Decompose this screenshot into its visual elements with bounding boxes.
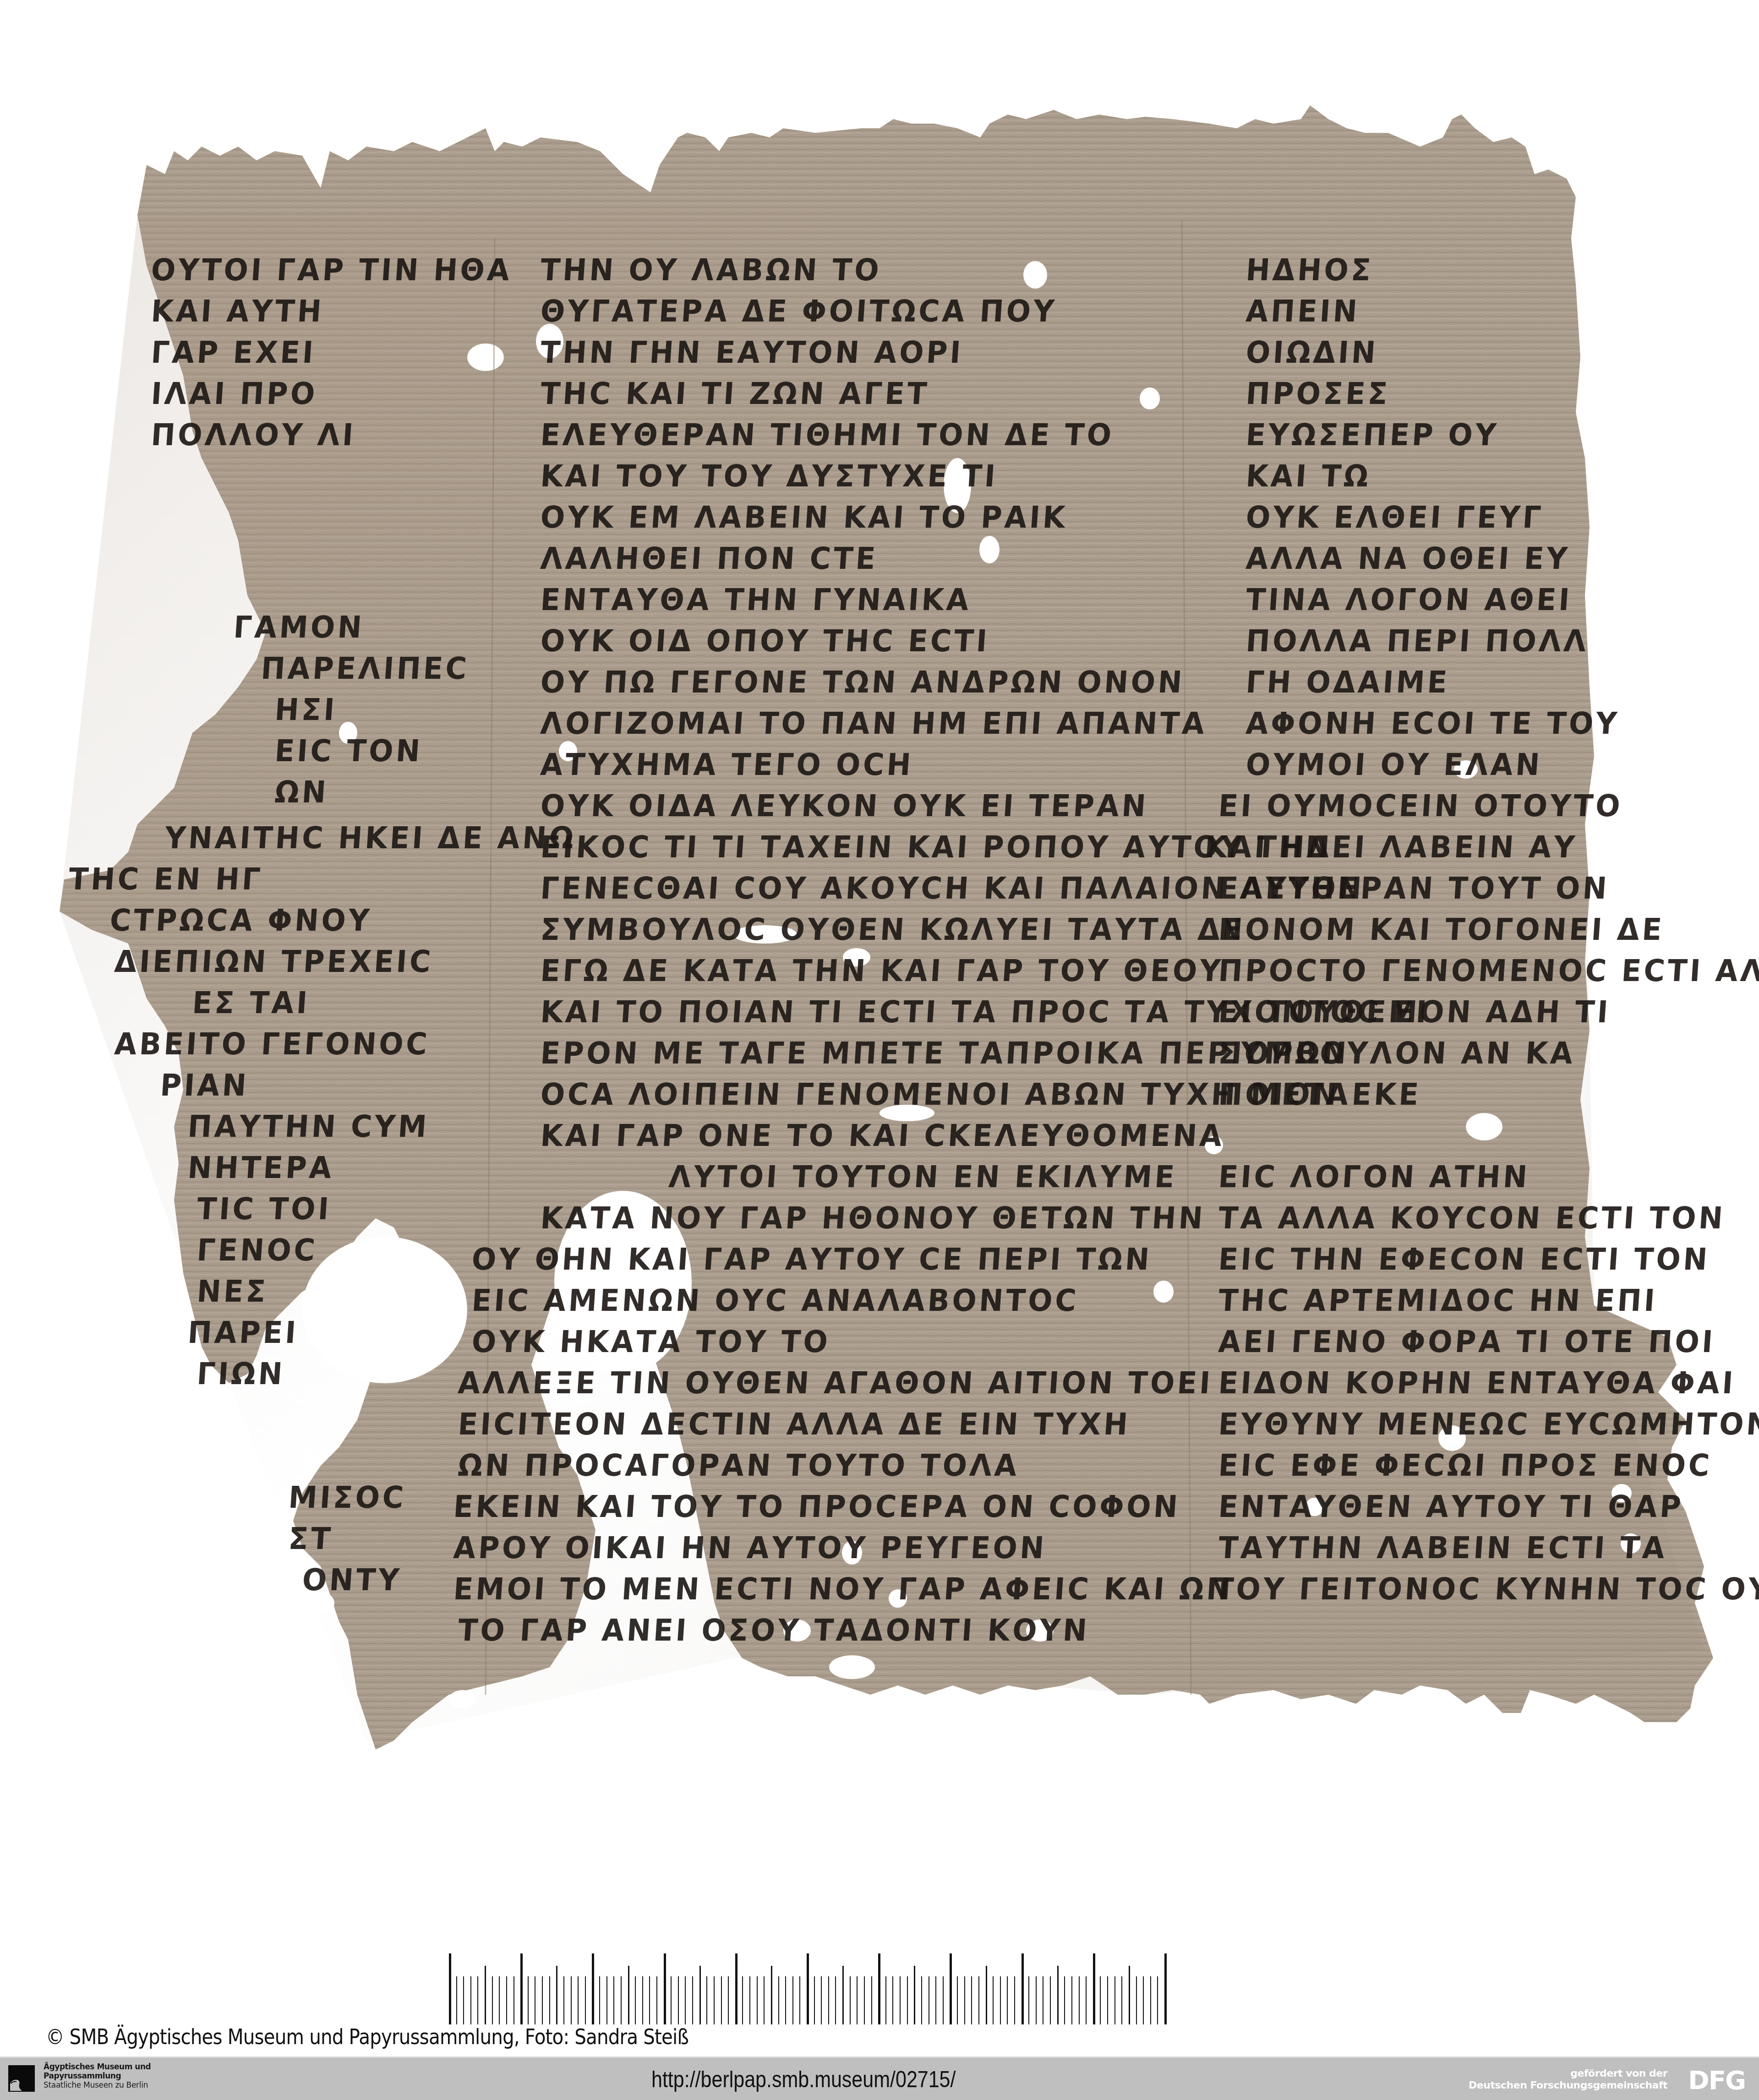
ruler-tick <box>463 1976 464 2024</box>
ruler-tick <box>1136 1976 1137 2024</box>
ruler-tick <box>857 1976 858 2024</box>
ruler-tick <box>1121 1976 1122 2024</box>
ruler-tick <box>1000 1976 1001 2024</box>
ruler-tick <box>1150 1976 1151 2024</box>
ruler-tick <box>971 1976 972 2024</box>
ruler-tick <box>699 1966 701 2024</box>
ruler-tick <box>1036 1976 1037 2024</box>
ruler-tick <box>828 1976 829 2024</box>
text-line: ΛΥΤΟΙ ΤΟΥΤΟΝ ΕΝ ΕΚΙΛΥΜΕ <box>667 1156 1178 1198</box>
text-line: ΩΝ <box>273 772 330 813</box>
text-line: ΠΟΛΛΟΥ ΛΙ <box>150 415 357 456</box>
ruler-tick <box>907 1976 908 2024</box>
ruler-tick <box>499 1976 500 2024</box>
funding-line2: Deutschen Forschungsgemeinschaft <box>1469 2080 1667 2092</box>
text-line: ΣΥΜΒΟΥΛΟΝ ΑΝ ΚΑ <box>1217 1033 1577 1074</box>
text-line: ΝΟΝΟΜ ΚΑΙ ΤΟΓΟΝΕΙ ΔΕ <box>1217 909 1666 950</box>
ruler-tick <box>929 1976 929 2024</box>
ruler-tick <box>664 1953 666 2024</box>
text-line: ΟΥΚ ΕΛΘΕΙ ΓΕΥΓ <box>1245 497 1545 538</box>
ruler-tick <box>735 1953 737 2024</box>
text-line: ΕΝΤΑΥΘΑ ΤΗΝ ΓΥΝΑΙΚΑ <box>539 579 972 621</box>
text-line: ΑΕΙ ΓΕΝΟ ΦΟΡΑ ΤΙ ΟΤΕ ΠΟΙ <box>1217 1321 1716 1363</box>
footer-bar: Ägyptisches Museum und Papyrussammlung S… <box>0 2056 1759 2100</box>
ruler-tick <box>613 1976 614 2024</box>
text-line: ΤΗC ΑΡΤΕΜΙΔΟC ΗΝ ΕΠΙ <box>1217 1280 1659 1321</box>
ruler-tick <box>778 1976 779 2024</box>
text-line: ΤΑ ΑΛΛΑ ΚΟΥCΟΝ ΕCΤΙ ΤΟΝ <box>1217 1198 1726 1239</box>
ruler-tick <box>950 1953 952 2024</box>
ruler-tick <box>477 1976 478 2024</box>
ruler-tick <box>506 1976 507 2024</box>
text-line: ΛΑΛΗΘΕΙ ΠΟΝ CΤΕ <box>539 538 879 579</box>
ruler-tick <box>563 1976 564 2024</box>
text-line: ΠΑΡΕΛΙΠΕC <box>260 648 470 689</box>
ruler-tick <box>513 1976 514 2024</box>
ruler-tick <box>764 1976 765 2024</box>
text-line: ΤΙΝΑ ΛΟΓΟΝ ΑΘΕΙ <box>1245 579 1573 621</box>
text-line: ΝΗΤΕΡΑ <box>186 1147 335 1189</box>
ruler-tick <box>621 1976 622 2024</box>
ruler-tick <box>578 1976 579 2024</box>
ruler-tick <box>649 1976 650 2024</box>
ruler-tick <box>785 1976 786 2024</box>
ruler-tick <box>885 1976 886 2024</box>
ruler-tick <box>792 1976 793 2024</box>
text-line: ΛΟΓΙΖΟΜΑΙ ΤΟ ΠΑΝ ΗΜ ΕΠΙ ΑΠΑΝΤΑ <box>539 703 1208 744</box>
ruler-tick <box>728 1976 729 2024</box>
text-line: ΤΙC ΤΟΙ <box>196 1189 333 1230</box>
ruler-tick <box>1071 1976 1072 2024</box>
ruler-tick <box>492 1976 493 2024</box>
text-line: ΟΥΚ ΕΜ ΛΑΒΕΙΝ ΚΑΙ ΤΟ ΡΑΙΚ <box>539 497 1069 538</box>
ruler-tick <box>1086 1976 1087 2024</box>
ruler-tick <box>714 1976 715 2024</box>
ruler-tick <box>585 1976 586 2024</box>
ruler-tick <box>835 1976 836 2024</box>
ruler-tick <box>549 1976 550 2024</box>
ruler-tick <box>1057 1966 1059 2024</box>
text-line: ΑΛΛΕΞΕ ΤΙΝ ΟΥΘΕΝ ΑΓΑΘΟΝ ΑΙΤΙΟΝ ΤΟΕΙ <box>457 1363 1214 1404</box>
text-line: ΑΦΟΝΗ ΕCΟΙ ΤΕ ΤΟΥ <box>1245 703 1621 744</box>
text-line: ΟΥ ΘΗΝ ΚΑΙ ΓΑΡ ΑΥΤΟΥ CΕ ΠΕΡΙ ΤΩΝ <box>470 1239 1153 1280</box>
text-line: ΤΟΥ ΓΕΙΤΟΝΟC ΚΥΝΗΝ ΤΟC ΟΥ <box>1213 1569 1759 1610</box>
ruler-tick <box>671 1976 672 2024</box>
ruler-tick <box>1107 1976 1108 2024</box>
text-line: ΓΗ ΟΔΑΙΜΕ <box>1245 662 1451 703</box>
text-line: ΣΤ <box>287 1518 334 1560</box>
text-line: ΟΥΜΟΙ ΟΥ ΕΛΑΝ <box>1245 744 1544 785</box>
text-line: ΕΛΕΥΘΕΡΑΝ ΤΟΥΤ ΟΝ <box>1217 868 1611 909</box>
text-line: ΠΟΙΟΝ ΕΚΕ <box>1217 1074 1422 1115</box>
object-url[interactable]: http://berlpap.smb.museum/02715/ <box>651 2066 956 2093</box>
ruler-tick <box>978 1976 979 2024</box>
text-line: ΕΓΩ ΔΕ ΚΑΤΑ ΤΗΝ ΚΑΙ ΓΑΡ ΤΟΥ ΘΕΟΥ <box>539 950 1224 992</box>
text-line: ΕΥΘΥΝΥ ΜΕΝΕΩC ΕΥCΩΜΗΤΟΝ <box>1217 1404 1759 1445</box>
ruler-tick <box>914 1966 915 2024</box>
ruler-tick <box>1129 1966 1130 2024</box>
ruler-tick <box>635 1976 636 2024</box>
ruler-tick <box>993 1976 994 2024</box>
hole-large-left <box>302 1237 467 1383</box>
ruler-tick <box>771 1966 772 2024</box>
text-line: ΡΙΑΝ <box>159 1065 250 1106</box>
ruler-tick <box>528 1976 529 2024</box>
text-line: ΠΡΟΣΕΣ <box>1245 373 1391 415</box>
ruler-tick <box>1100 1976 1101 2024</box>
text-line: ΑΤΥΧΗΜΑ ΤΕΓΟ ΟCΗ <box>539 744 915 785</box>
dfg-logo: DFG <box>1688 2068 1745 2094</box>
text-line: ΟΝΤΥ <box>301 1560 403 1601</box>
text-line: ΙΛΑΙ ΠΡΟ <box>150 373 319 415</box>
text-line: ΕΙ ΟΥΜΟCΕΙΝ ΟΤΟΥΤΟ <box>1217 785 1624 827</box>
ruler-tick <box>943 1976 944 2024</box>
text-line: ΤΑΥΤΗΝ ΛΑΒΕΙΝ ΕCΤΙ ΤΑ <box>1217 1527 1668 1569</box>
text-line: ΚΑΙ ΑΥΤΗ <box>150 291 325 332</box>
text-line: ΠΡΟCΤΟ ΓΕΝΟΜΕΝΟC ΕCΤΙ ΑΛ <box>1217 950 1759 992</box>
text-line: ΑΡΟΥ ΟΙΚΑΙ ΗΝ ΑΥΤΟΥ ΡΕΥΓΕΟΝ <box>452 1527 1048 1569</box>
museum-name-line2: Papyrussammlung <box>44 2072 151 2081</box>
text-line: ΑΠΕΙΝ <box>1245 291 1361 332</box>
text-line: ΟΙΩΔΙΝ <box>1245 332 1379 373</box>
text-line: ΥΝΑΙΤΗC ΗΚΕΙ ΔΕ ΑΝΩ <box>164 818 578 859</box>
ruler-tick <box>571 1976 572 2024</box>
text-line: ΤΗΝ ΟΥ ΛΑΒΩΝ ΤΟ <box>539 250 883 291</box>
ruler-tick <box>799 1976 800 2024</box>
photo-stage: ΟΥΤΟΙ ΓΑΡ ΤΙΝ ΗΘΑ ΚΑΙ ΑΥΤΗ ΓΑΡ ΕΧΕΙ ΙΛΑΙ… <box>0 0 1759 2052</box>
ruler-tick <box>542 1976 543 2024</box>
ruler-tick <box>706 1976 707 2024</box>
ruler-tick <box>656 1976 657 2024</box>
text-line: ΤΟ ΓΑΡ ΑΝΕΙ ΟΣΟΥ ΤΑΔΟΝΤΙ ΚΟΥΝ <box>457 1610 1091 1651</box>
text-line: ΕΣ ΤΑΙ <box>191 982 311 1024</box>
ruler-tick <box>449 1953 451 2024</box>
ruler-tick <box>678 1976 679 2024</box>
text-line: ΤΗC ΚΑΙ ΤΙ ΖΩΝ ΑΓΕΤ <box>539 373 931 415</box>
ruler-tick <box>520 1953 523 2024</box>
text-line: ΑΛΛΑ ΝΑ ΟΘΕΙ ΕΥ <box>1245 538 1571 579</box>
ruler-tick <box>964 1976 965 2024</box>
funding-text: gefördert von der Deutschen Forschungsge… <box>1469 2068 1667 2092</box>
text-line: ΠΟΛΛΑ ΠΕΡΙ ΠΟΛΛ <box>1245 621 1590 662</box>
ruler-tick <box>1022 1953 1024 2024</box>
text-line: ΟΥΚ ΟΙΔΑ ΛΕΥΚΟΝ ΟΥΚ ΕΙ ΤΕΡΑΝ <box>539 785 1150 827</box>
text-line: ΟΥΤΟΙ ΓΑΡ ΤΙΝ ΗΘΑ <box>150 250 513 291</box>
ruler-tick <box>749 1976 750 2024</box>
text-line: ΟΥΚ ΗΚΑΤΑ ΤΟΥ ΤΟ <box>470 1321 831 1363</box>
ruler-tick <box>599 1976 600 2024</box>
text-line: ΕΙCΙΤΕΟΝ ΔΕCΤΙΝ ΑΛΛΑ ΔΕ ΕΙΝ ΤΥΧΗ <box>457 1404 1131 1445</box>
text-line: ΕΥΩΣΕΠΕΡ ΟΥ <box>1245 415 1500 456</box>
ruler-tick <box>842 1966 844 2024</box>
museum-logo-text: Ägyptisches Museum und Papyrussammlung S… <box>44 2062 151 2090</box>
text-line: ΟΥΚ ΟΙΔ ΟΠΟΥ ΤΗC ΕCΤΙ <box>539 621 991 662</box>
ruler-tick <box>1064 1976 1065 2024</box>
ruler-tick <box>606 1976 607 2024</box>
text-line: ΕΝΤΑΥΘΕΝ ΑΥΤΟΥ ΤΙ ΘΑΡ <box>1217 1486 1685 1527</box>
ruler-tick <box>592 1953 594 2024</box>
ruler-tick <box>986 1966 987 2024</box>
ruler-tick <box>1050 1976 1051 2024</box>
text-line: ΕΙ ΤΟΥΘΕΜΟΝ ΑΔΗ ΤΙ <box>1217 992 1612 1033</box>
ruler-tick <box>1143 1976 1144 2024</box>
ruler-tick <box>685 1976 686 2024</box>
ruler-tick <box>535 1976 535 2024</box>
text-line: ΗΔΗΟΣ <box>1245 250 1375 291</box>
ruler-tick <box>742 1976 743 2024</box>
text-line: ΕΙC ΑΜΕΝΩΝ ΟΥC ΑΝΑΛΑΒΟΝΤΟC <box>470 1280 1080 1321</box>
ruler-tick <box>900 1976 901 2024</box>
text-line: ΜΙΣΟC <box>287 1477 407 1518</box>
ruler-tick <box>864 1976 865 2024</box>
text-line: ΤΗC ΕΝ ΗΓ <box>67 859 264 900</box>
text-line: ΩΝ ΠΡΟCΑΓΟΡΑΝ ΤΟΥΤΟ ΤΟΛΑ <box>457 1445 1021 1486</box>
ruler-tick <box>485 1966 486 2024</box>
ruler-tick <box>1114 1976 1115 2024</box>
ruler-tick <box>871 1976 872 2024</box>
ruler-tick <box>957 1976 958 2024</box>
ruler-tick <box>556 1966 557 2024</box>
text-line: ΚΑΙ ΓΑΡ ΟΝΕ ΤΟ ΚΑΙ CΚΕΛΕΥΘΟΜΕΝΑ <box>539 1115 1226 1156</box>
ruler-tick <box>935 1976 936 2024</box>
scale-ruler <box>449 1951 1168 2024</box>
ruler-tick <box>821 1976 822 2024</box>
text-line: ΝΕΣ <box>196 1271 269 1312</box>
ruler-tick <box>1093 1953 1095 2024</box>
text-line: ΠΑΡΕΙ <box>186 1312 300 1353</box>
ruler-tick <box>456 1976 457 2024</box>
text-line: ΑΒΕΙΤΟ ΓΕΓΟΝΟC <box>113 1024 431 1065</box>
ruler-tick <box>1157 1976 1158 2024</box>
ruler-tick <box>892 1976 893 2024</box>
ruler-tick <box>921 1976 922 2024</box>
text-line: ΕΙC ΕΦΕ ΦΕCΩΙ ΠΡΟΣ ΕΝΟC <box>1217 1445 1714 1486</box>
ruler-tick <box>814 1976 815 2024</box>
text-line: ΓΙΩΝ <box>196 1353 286 1395</box>
eagle-shield-icon <box>8 2065 35 2092</box>
ruler-tick <box>850 1976 851 2024</box>
text-line: ΔΙΕΠΙΩΝ ΤΡΕΧΕΙC <box>113 941 435 982</box>
ruler-tick <box>757 1976 758 2024</box>
text-line: ΕΚΕΙΝ ΚΑΙ ΤΟΥ ΤΟ ΠΡΟCΕΡΑ ΟΝ CΟΦΟΝ <box>452 1486 1181 1527</box>
ruler-tick <box>1007 1976 1008 2024</box>
ruler-tick <box>1043 1976 1043 2024</box>
copyright-credit: © SMB Ägyptisches Museum und Papyrussamm… <box>46 2024 688 2049</box>
text-line: ΓΕΝΟC <box>196 1230 319 1271</box>
text-line: ΚΑΤΑ ΝΟΥ ΓΑΡ ΗΘΟΝΟΥ ΘΕΤΩΝ ΤΗΝ <box>539 1198 1207 1239</box>
text-line: ΕΙΔΟΝ ΚΟΡΗΝ ΕΝΤΑΥΘΑ ΦΑΙ <box>1217 1363 1737 1404</box>
funding-line1: gefördert von der <box>1469 2068 1667 2080</box>
ruler-tick <box>807 1953 809 2024</box>
text-line: ΗΣΙ <box>273 689 339 731</box>
text-line: ΠΑΥΤΗΝ CΥΜ <box>186 1106 431 1147</box>
ruler-tick <box>1079 1976 1080 2024</box>
text-line: ΣΥΜΒΟΥΛΟC ΟΥΘΕΝ ΚΩΛΥΕΙ ΤΑΥΤΑ ΔΕ <box>539 909 1246 950</box>
text-line: ΚΑΙ ΤΩ <box>1245 456 1372 497</box>
text-line: ΕΙC ΤΗΝ ΕΦΕCΟΝ ΕCΤΙ ΤΟΝ <box>1217 1239 1711 1280</box>
ruler-tick <box>878 1953 880 2024</box>
text-line: ΓΑΜΟΝ <box>232 607 366 648</box>
ruler-tick <box>1164 1953 1167 2024</box>
text-line: ΕΙC ΤΟΝ <box>273 731 424 772</box>
text-line: CΤΡΩCΑ ΦΝΟΥ <box>109 900 373 941</box>
text-line: ΟΥ ΠΩ ΓΕΓΟΝΕ ΤΩΝ ΑΝΔΡΩΝ ΟΝΟΝ <box>539 662 1186 703</box>
ruler-tick <box>628 1966 629 2024</box>
text-line: ΘΥΓΑΤΕΡΑ ΔΕ ΦΟΙΤΩCΑ ΠΟΥ <box>539 291 1058 332</box>
ruler-tick <box>1028 1976 1029 2024</box>
ruler-tick <box>1014 1976 1015 2024</box>
museum-name-line1: Ägyptisches Museum und <box>44 2062 151 2072</box>
text-line: ΚΑΙ ΤΟΥ ΤΟΥ ΔΥΣΤΥΧΕ ΤΙ <box>539 456 999 497</box>
museum-name-line3: Staatliche Museen zu Berlin <box>44 2081 151 2090</box>
text-line: ΓΑΡ ΕΧΕΙ <box>150 332 317 373</box>
text-line: ΕΙC ΛΟΓΟΝ ΑΤΗΝ <box>1217 1156 1531 1198</box>
text-line: ΤΗΝ ΓΗΝ ΕΑΥΤΟΝ ΑΟΡΙ <box>539 332 965 373</box>
text-line: ΕΜΟΙ ΤΟ ΜΕΝ ΕCΤΙ ΝΟΥ ΓΑΡ ΑΦΕΙC ΚΑΙ ΩΝ <box>452 1569 1235 1610</box>
ruler-tick <box>470 1976 471 2024</box>
ruler-tick <box>642 1976 643 2024</box>
text-line: ΚΑΙ ΗΔΕΙ ΛΑΒΕΙΝ ΑΥ <box>1203 827 1579 868</box>
text-line: ΕΛΕΥΘΕΡΑΝ ΤΙΘΗΜΙ ΤΟΝ ΔΕ ΤΟ <box>539 415 1115 456</box>
ruler-tick <box>721 1976 722 2024</box>
ruler-tick <box>692 1976 693 2024</box>
